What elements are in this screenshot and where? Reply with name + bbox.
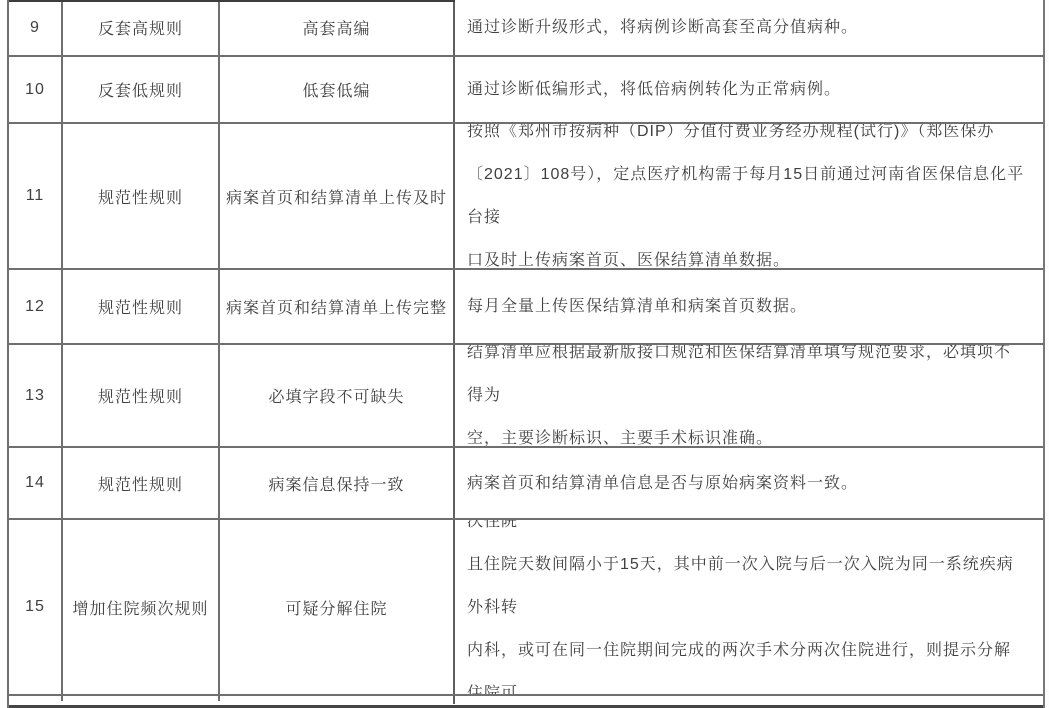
cell-rule-category: 反套高规则: [61, 0, 218, 55]
cell-rule-description: [453, 696, 1043, 704]
cell-rule-name: 病案首页和结算清单上传完整: [218, 270, 453, 343]
cell-rule-description: 通过诊断低编形式，将低倍病例转化为正常病例。: [453, 57, 1043, 122]
document-page: 9 反套高规则 高套高编 通过诊断升级形式，将病例诊断高套至高分值病种。 10 …: [0, 0, 1049, 708]
rules-table: 9 反套高规则 高套高编 通过诊断升级形式，将病例诊断高套至高分值病种。 10 …: [7, 0, 1045, 708]
cell-rule-category: 增加住院频次规则: [61, 520, 218, 694]
cell-rule-category: [61, 696, 218, 701]
cell-rule-name: 可疑分解住院: [218, 520, 453, 694]
table-row: 15 增加住院频次规则 可疑分解住院 筛选在相同医疗机构结算两次以上的参保人的所…: [9, 520, 1043, 696]
cell-rule-description: 每月全量上传医保结算清单和病案首页数据。: [453, 270, 1043, 343]
cell-row-number: 9: [9, 0, 61, 55]
cell-rule-category: 规范性规则: [61, 448, 218, 518]
cell-row-number: 10: [9, 57, 61, 122]
cell-rule-category: 规范性规则: [61, 270, 218, 343]
cell-row-number: 14: [9, 448, 61, 518]
cell-row-number: 15: [9, 520, 61, 694]
table-top-border: [9, 0, 455, 2]
cell-rule-name: 低套低编: [218, 57, 453, 122]
table-row: 11 规范性规则 病案首页和结算清单上传及时 按照《郑州市按病种（DIP）分值付…: [9, 124, 1043, 270]
cell-rule-name: 高套高编: [218, 0, 453, 55]
table-row: 9 反套高规则 高套高编 通过诊断升级形式，将病例诊断高套至高分值病种。: [9, 0, 1043, 57]
table-row: 12 规范性规则 病案首页和结算清单上传完整 每月全量上传医保结算清单和病案首页…: [9, 270, 1043, 345]
table-row-cutoff: [9, 696, 1043, 701]
table-row: 13 规范性规则 必填字段不可缺失 结算清单应根据最新版接口规范和医保结算清单填…: [9, 345, 1043, 448]
cell-rule-description: 通过诊断升级形式，将病例诊断高套至高分值病种。: [453, 0, 1043, 55]
cell-rule-description: 病案首页和结算清单信息是否与原始病案资料一致。: [453, 448, 1043, 518]
cell-rule-name: 病案首页和结算清单上传及时: [218, 124, 453, 268]
cell-rule-description: 筛选在相同医疗机构结算两次以上的参保人的所有病例，如存在连续的两次住院 且住院天…: [453, 520, 1043, 694]
cell-row-number: 12: [9, 270, 61, 343]
table-row: 14 规范性规则 病案信息保持一致 病案首页和结算清单信息是否与原始病案资料一致…: [9, 448, 1043, 520]
cell-rule-description: 结算清单应根据最新版接口规范和医保结算清单填写规范要求，必填项不得为 空，主要诊…: [453, 345, 1043, 446]
cell-rule-category: 反套低规则: [61, 57, 218, 122]
cell-rule-category: 规范性规则: [61, 345, 218, 446]
cell-rule-description: 按照《郑州市按病种（DIP）分值付费业务经办规程(试行)》（郑医保办 〔2021…: [453, 124, 1043, 268]
cell-row-number: 13: [9, 345, 61, 446]
cell-rule-name: [218, 696, 453, 701]
cell-rule-name: 必填字段不可缺失: [218, 345, 453, 446]
table-row: 10 反套低规则 低套低编 通过诊断低编形式，将低倍病例转化为正常病例。: [9, 57, 1043, 124]
cell-rule-name: 病案信息保持一致: [218, 448, 453, 518]
cell-row-number: 11: [9, 124, 61, 268]
cell-row-number: [9, 696, 61, 701]
cell-rule-category: 规范性规则: [61, 124, 218, 268]
